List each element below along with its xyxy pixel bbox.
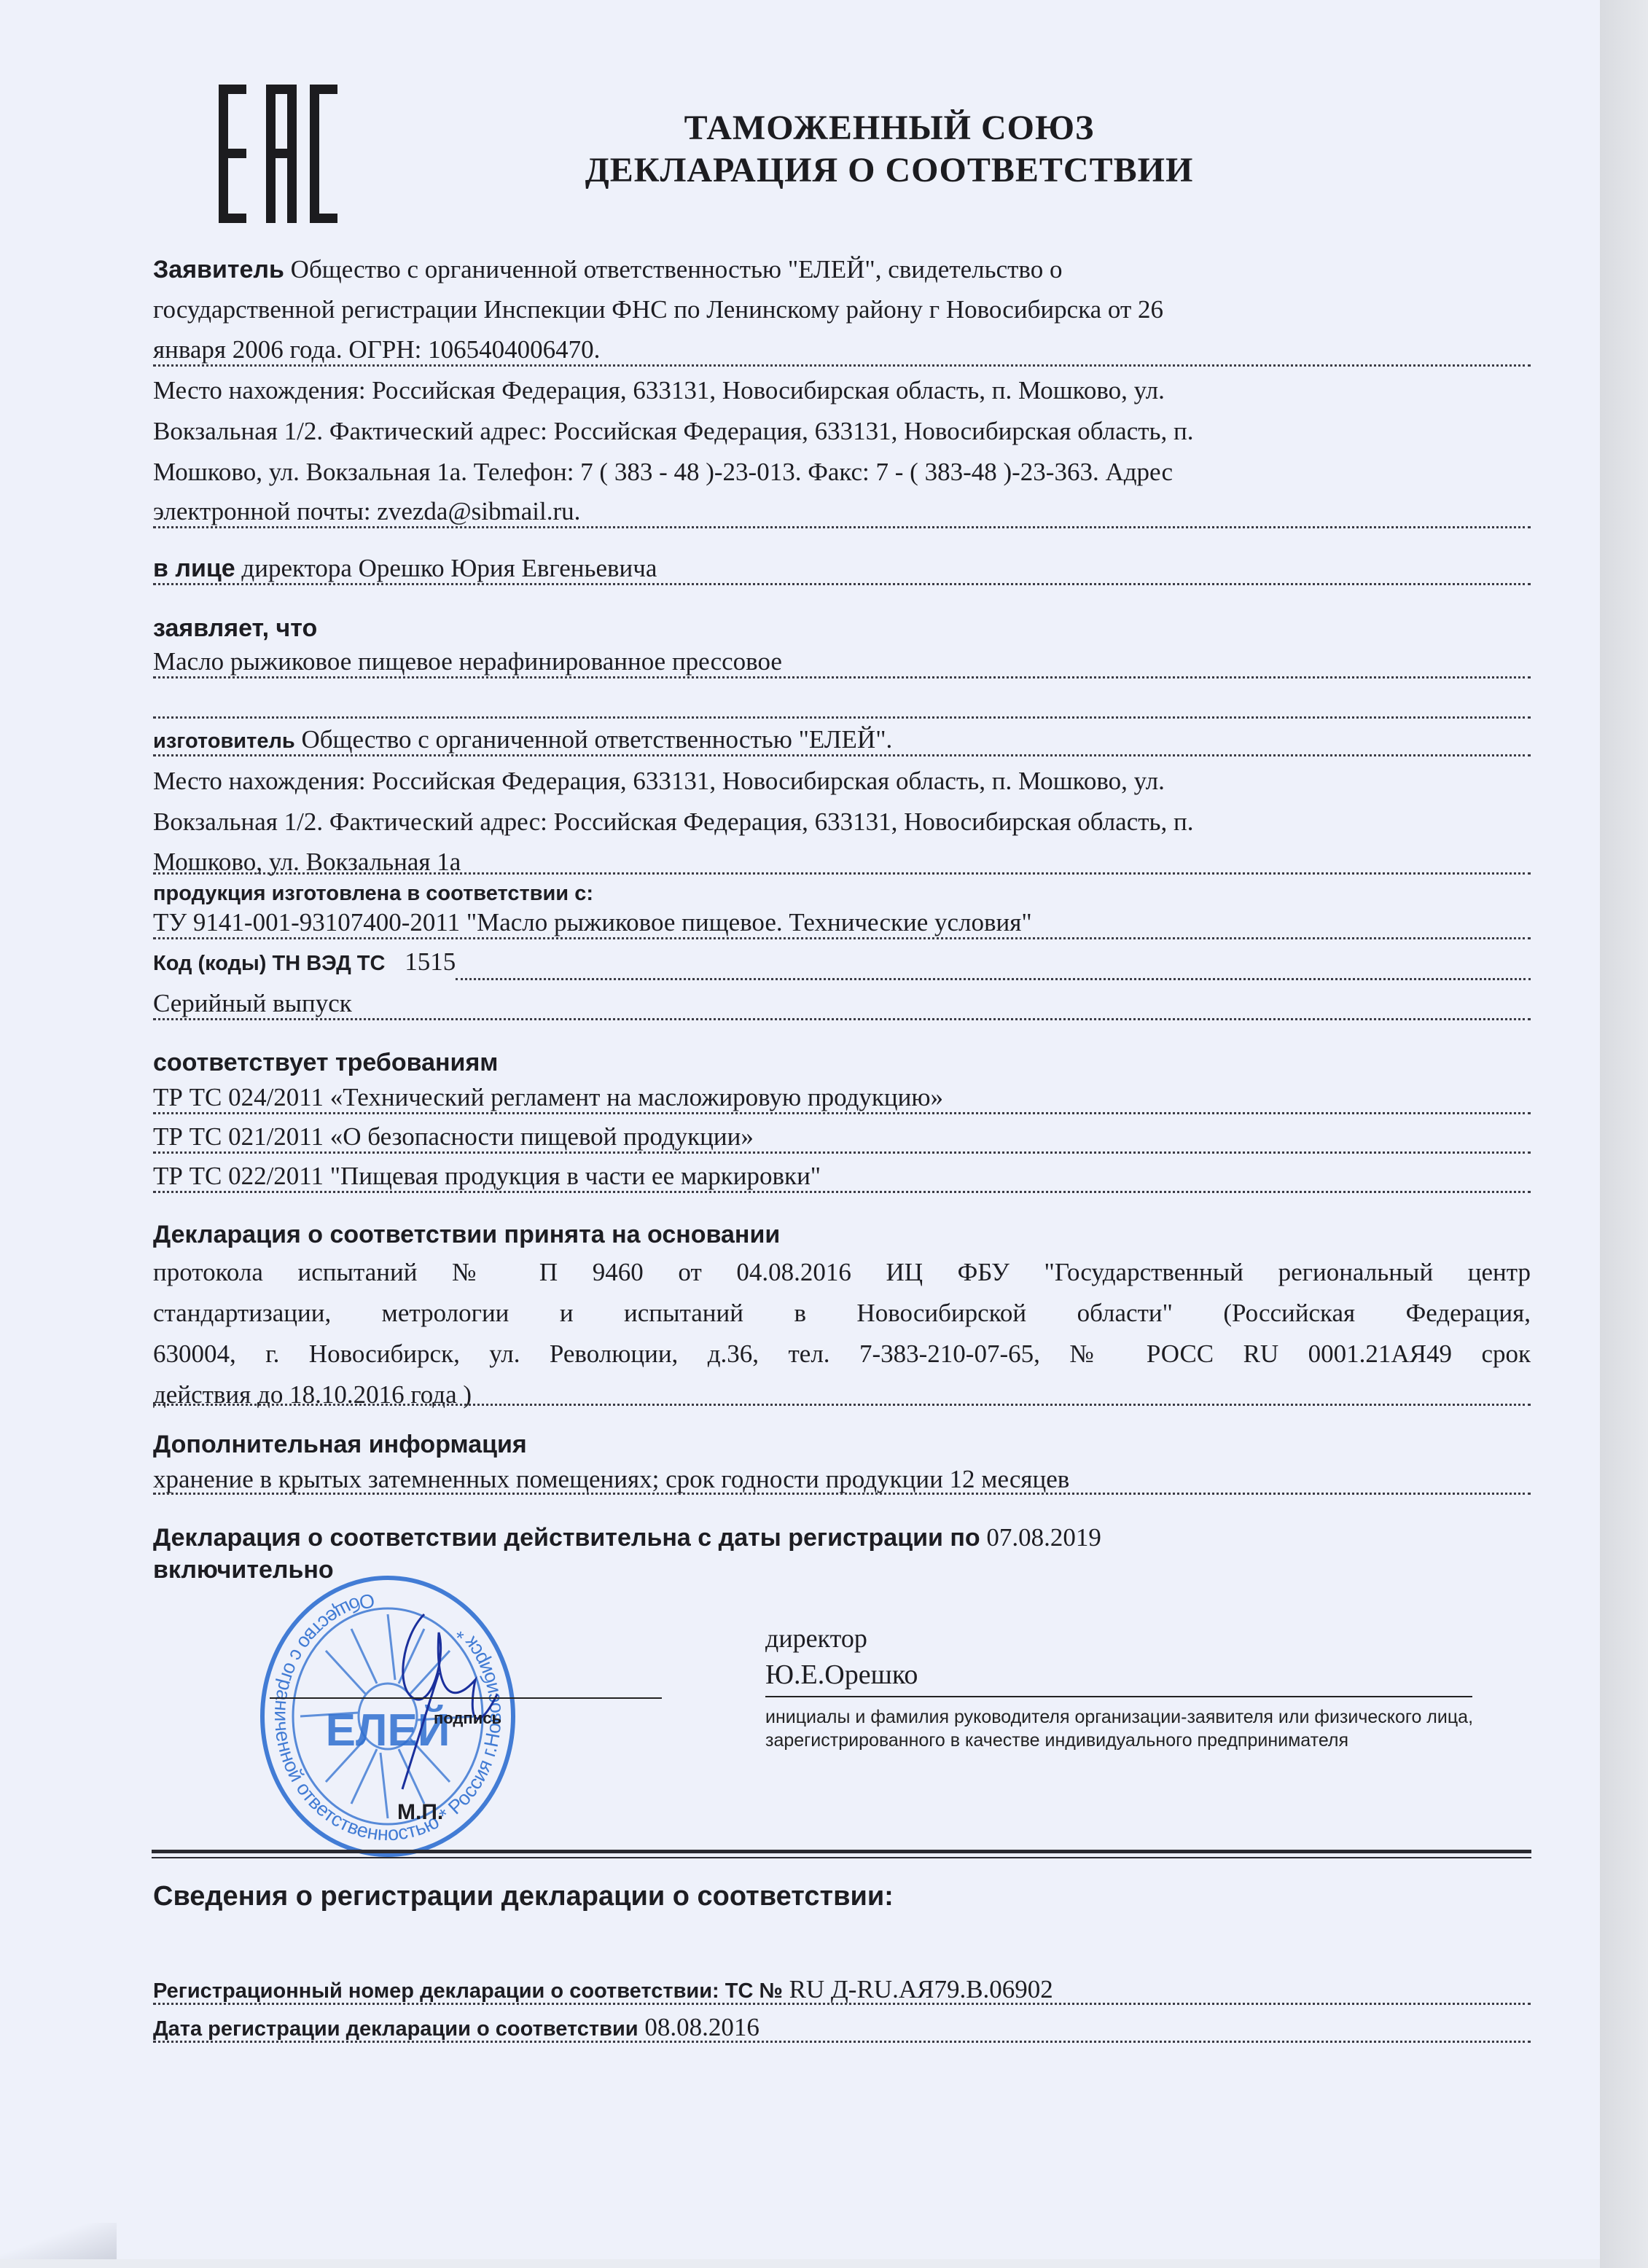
- manufacturer-address-2: Вокзальная 1/2. Фактический адрес: Росси…: [153, 808, 1193, 837]
- additional-label: Дополнительная информация: [153, 1430, 527, 1459]
- page-fold-shadow: [0, 2223, 117, 2259]
- divider: [153, 1191, 1531, 1193]
- divider: [456, 978, 1531, 980]
- declares-label: заявляет, что: [153, 614, 317, 643]
- director-name: Ю.Е.Орешко: [765, 1660, 918, 1689]
- validity-line: Декларация о соответствии действительна …: [153, 1523, 1101, 1552]
- title-customs-union: ТАМОЖЕННЫЙ СОЮЗ: [408, 108, 1370, 148]
- divider: [153, 1018, 1531, 1020]
- stamp-label: М.П.: [397, 1800, 443, 1825]
- director-name-line: [765, 1696, 1472, 1697]
- produced-per-value: ТУ 9141-001-93107400-2011 "Масло рыжиков…: [153, 908, 1032, 937]
- signature-line: [270, 1697, 662, 1699]
- applicant-address-2: Вокзальная 1/2. Фактический адрес: Росси…: [153, 417, 1193, 446]
- signature-label: подпись: [434, 1709, 501, 1728]
- divider: [153, 716, 1531, 719]
- divider: [153, 1112, 1531, 1114]
- divider: [153, 2003, 1531, 2005]
- manufacturer-label: изготовитель: [153, 730, 295, 753]
- divider: [153, 937, 1531, 939]
- registration-heading: Сведения о регистрации декларации о соот…: [153, 1882, 894, 1911]
- tn-ved-line: Код (коды) ТН ВЭД ТС 1515: [153, 947, 456, 978]
- requirement-item: ТР ТС 024/2011 «Технический регламент на…: [153, 1083, 943, 1112]
- tn-ved-label: Код (коды) ТН ВЭД ТС: [153, 952, 385, 975]
- divider: [153, 2041, 1531, 2043]
- applicant-email: электронной почты: zvezda@sibmail.ru.: [153, 497, 580, 526]
- registration-number-label: Регистрационный номер декларации о соотв…: [153, 1979, 783, 2003]
- release-type: Серийный выпуск: [153, 989, 352, 1018]
- basis-line-3: 630004, г. Новосибирск, ул. Революции, д…: [153, 1334, 1531, 1375]
- applicant-address-3: Мошково, ул. Вокзальная 1а. Телефон: 7 (…: [153, 458, 1173, 487]
- divider: [153, 526, 1531, 528]
- section-divider: [152, 1857, 1531, 1858]
- divider: [153, 754, 1531, 756]
- applicant-line-3: января 2006 года. ОГРН: 1065404006470.: [153, 335, 600, 364]
- divider: [153, 1493, 1531, 1495]
- registration-date-line: Дата регистрации декларации о соответств…: [153, 2013, 759, 2044]
- applicant-text: Общество с органиченной ответственностью…: [291, 255, 1063, 283]
- registration-number-line: Регистрационный номер декларации о соотв…: [153, 1975, 1053, 2006]
- basis-line-2: стандартизации, метрологии и испытаний в…: [153, 1293, 1531, 1334]
- divider: [153, 364, 1531, 367]
- divider: [153, 872, 1531, 875]
- basis-label: Декларация о соответствии принята на осн…: [153, 1220, 780, 1249]
- validity-date: 07.08.2019: [986, 1523, 1101, 1552]
- validity-label: Декларация о соответствии действительна …: [153, 1524, 980, 1552]
- manufacturer-line: изготовитель Общество с органиченной отв…: [153, 725, 892, 756]
- representative-line: в лице директора Орешко Юрия Евгеньевича: [153, 554, 657, 583]
- basis-line-1: протокола испытаний № П 9460 от 04.08.20…: [153, 1252, 1531, 1293]
- svg-text:ЕЛЕЙ: ЕЛЕЙ: [326, 1705, 450, 1756]
- divider: [153, 1404, 1531, 1406]
- produced-per-label: продукция изготовлена в соответствии с:: [153, 879, 593, 908]
- additional-value: хранение в крытых затемненных помещениях…: [153, 1465, 1069, 1494]
- director-position: директор: [765, 1624, 867, 1653]
- section-divider: [152, 1850, 1531, 1853]
- requirement-item: ТР ТС 021/2011 «О безопасности пищевой п…: [153, 1122, 754, 1151]
- representative-value: директора Орешко Юрия Евгеньевича: [241, 554, 657, 582]
- registration-number-value: RU Д-RU.АЯ79.В.06902: [789, 1975, 1053, 2003]
- divider: [153, 1151, 1531, 1154]
- eac-logo-icon: [219, 85, 364, 223]
- registration-date-label: Дата регистрации декларации о соответств…: [153, 2017, 638, 2041]
- manufacturer-name: Общество с органиченной ответственностью…: [301, 725, 892, 754]
- applicant-address-1: Место нахождения: Российская Федерация, …: [153, 376, 1165, 405]
- tn-ved-value: 1515: [405, 947, 456, 976]
- product-name: Масло рыжиковое пищевое нерафинированное…: [153, 647, 782, 676]
- applicant-label: Заявитель: [153, 256, 284, 283]
- requirement-item: ТР ТС 022/2011 "Пищевая продукция в част…: [153, 1162, 821, 1191]
- representative-label: в лице: [153, 555, 235, 582]
- title-declaration: ДЕКЛАРАЦИЯ О СООТВЕТСТВИИ: [408, 150, 1370, 190]
- applicant-line-2: государственной регистрации Инспекции ФН…: [153, 295, 1163, 324]
- director-note: инициалы и фамилия руководителя организа…: [765, 1705, 1494, 1752]
- scan-edge: [1600, 0, 1648, 2268]
- manufacturer-address-1: Место нахождения: Российская Федерация, …: [153, 767, 1165, 796]
- requirements-label: соответствует требованиям: [153, 1048, 498, 1077]
- applicant-line-1: Заявитель Общество с органиченной ответс…: [153, 255, 1062, 284]
- divider: [153, 583, 1531, 585]
- registration-date-value: 08.08.2016: [644, 2013, 759, 2041]
- divider: [153, 676, 1531, 679]
